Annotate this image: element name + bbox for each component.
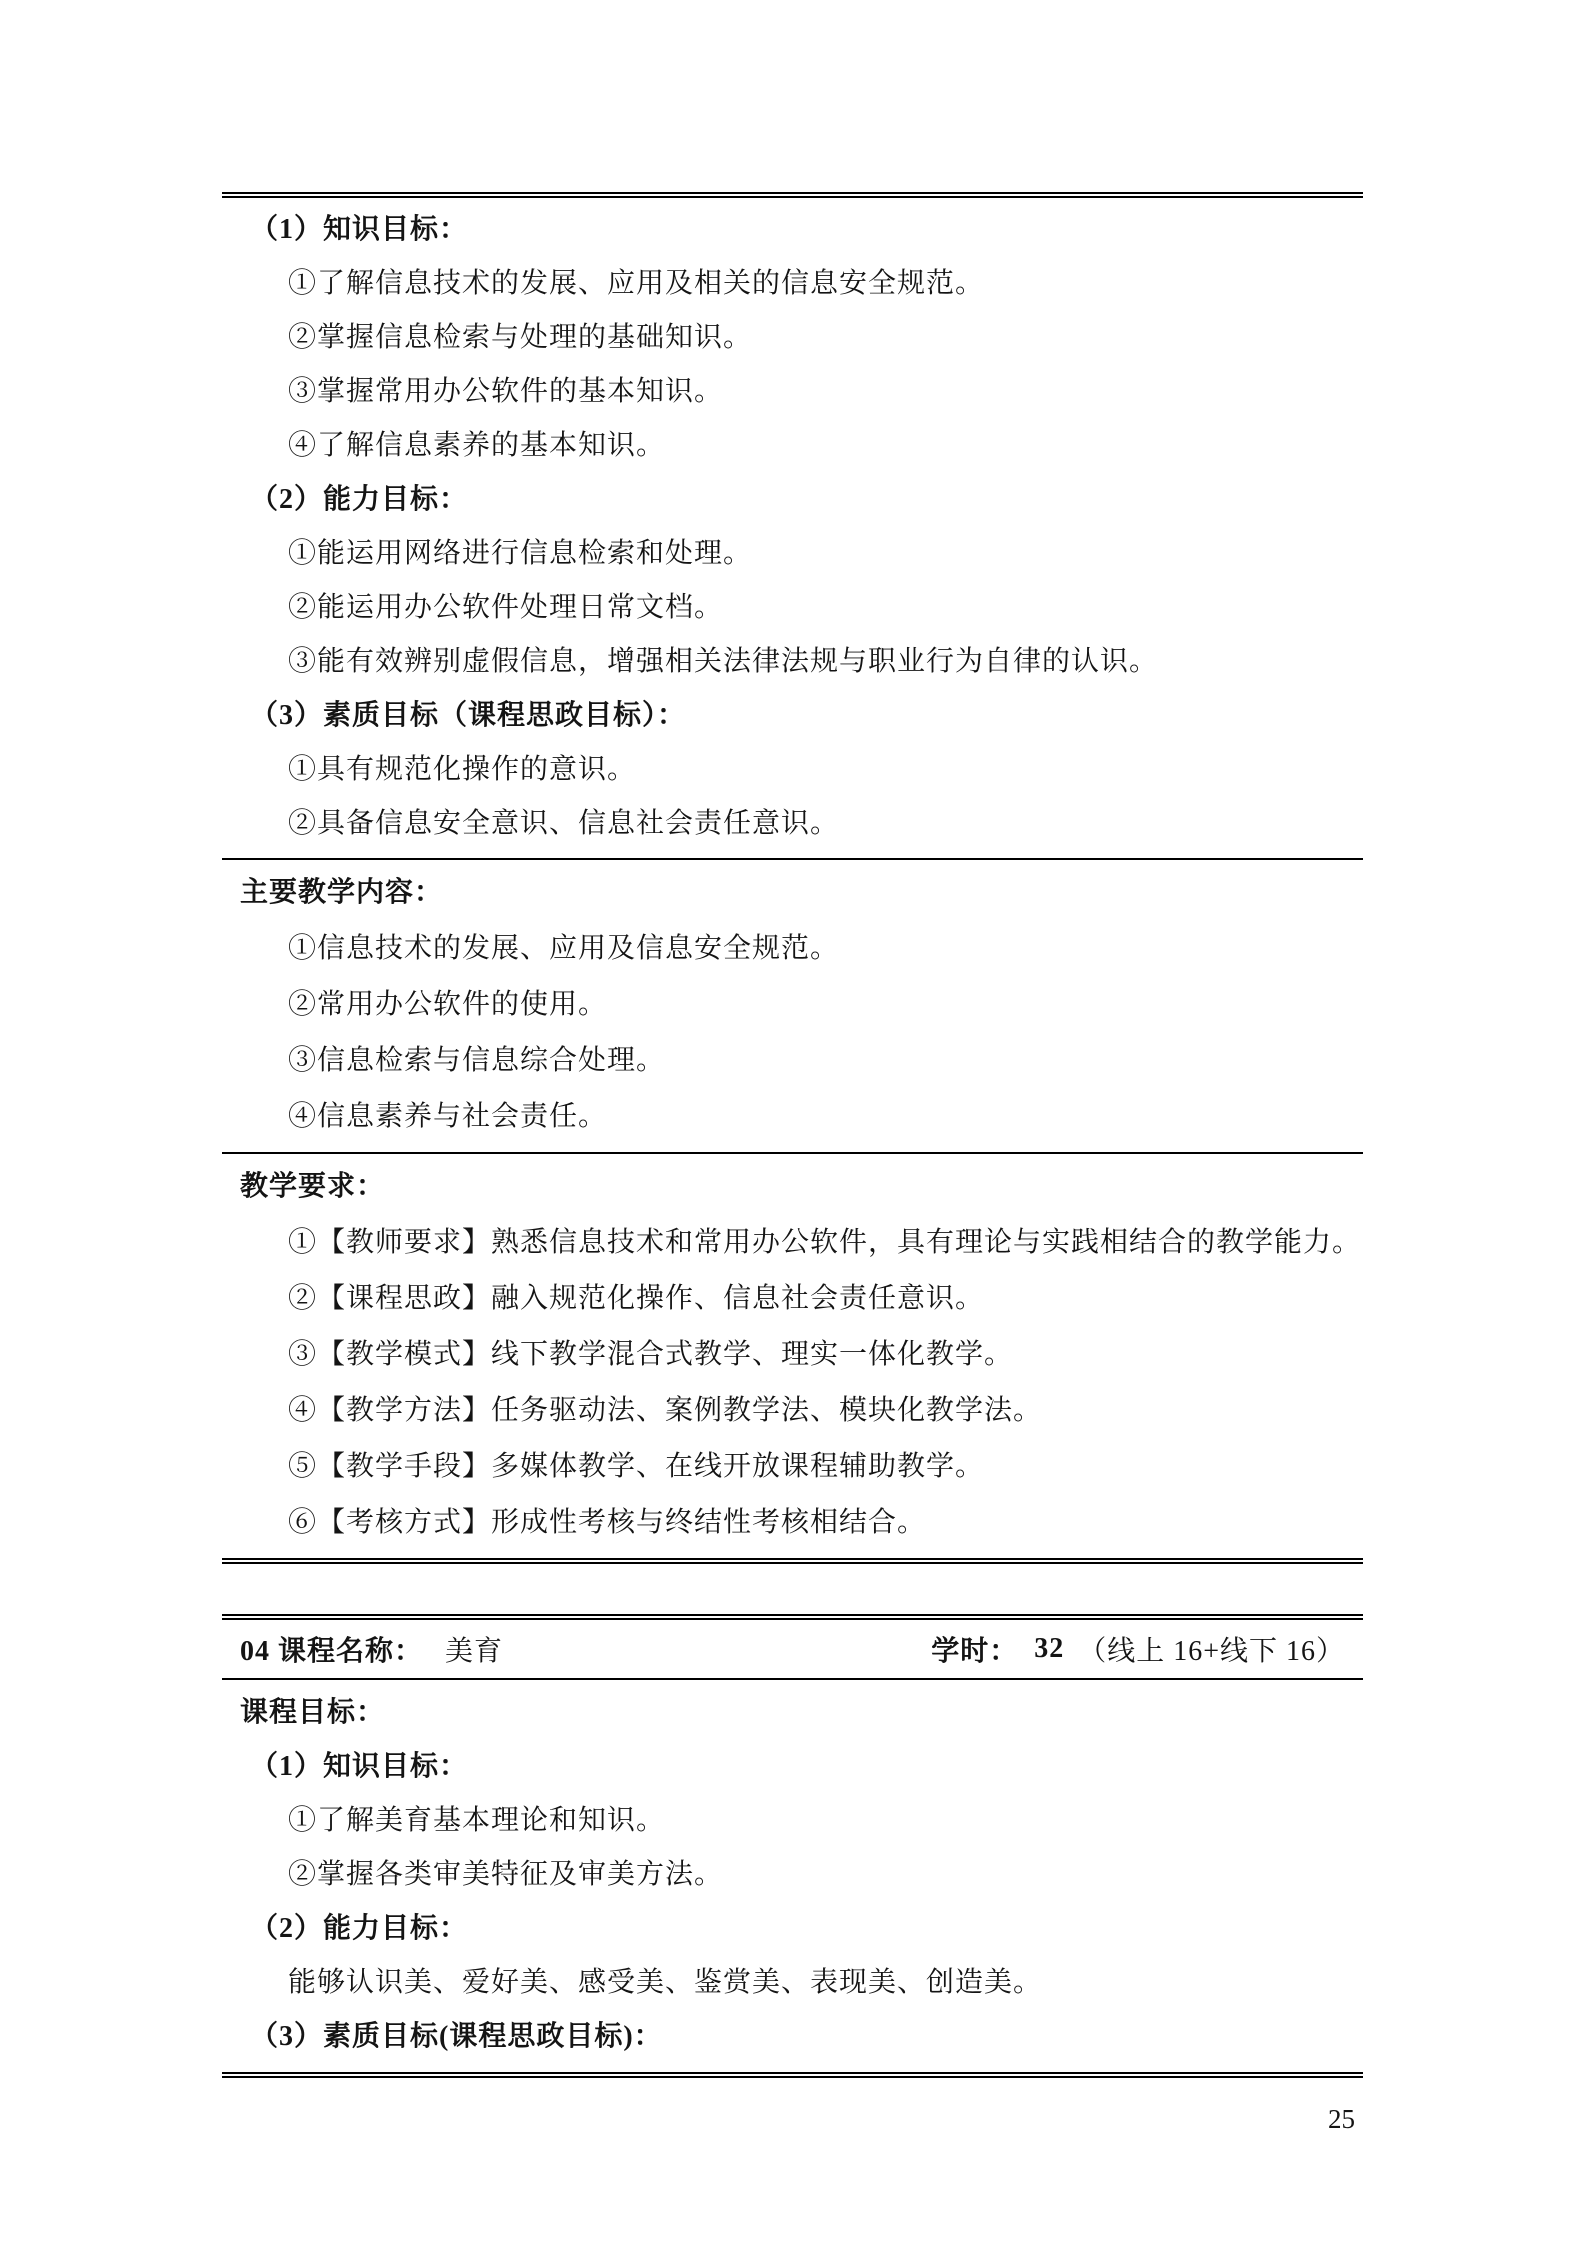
course-objectives-section: （1）知识目标： ①了解信息技术的发展、应用及相关的信息安全规范。 ②掌握信息检… [222, 198, 1363, 858]
page-content: （1）知识目标： ①了解信息技术的发展、应用及相关的信息安全规范。 ②掌握信息检… [222, 192, 1363, 2135]
requirement-item: ③【教学模式】线下教学混合式教学、理实一体化教学。 [222, 1327, 1363, 1383]
hours-breakdown: （线上 16+线下 16） [1078, 1629, 1345, 1669]
content-item: ①信息技术的发展、应用及信息安全规范。 [222, 921, 1363, 977]
teaching-content-section: 主要教学内容： ①信息技术的发展、应用及信息安全规范。 ②常用办公软件的使用。 … [222, 858, 1363, 1152]
hours-label: 学时： [931, 1629, 1018, 1669]
objective-item: 能够认识美、爱好美、感受美、鉴赏美、表现美、创造美。 [222, 1956, 1363, 2010]
objective-item: ②能运用办公软件处理日常文档。 [222, 581, 1363, 635]
course-hours-cell: 学时： 32 （线上 16+线下 16） [931, 1629, 1345, 1669]
objective-item: ④了解信息素养的基本知识。 [222, 419, 1363, 473]
course-objectives-heading: 课程目标： [222, 1686, 1363, 1740]
ability-objectives-heading: （2）能力目标： [222, 473, 1363, 527]
requirement-item: ①【教师要求】熟悉信息技术和常用办公软件，具有理论与实践相结合的教学能力。 [222, 1215, 1363, 1271]
hours-value: 32 [1034, 1633, 1064, 1665]
objective-item: ③掌握常用办公软件的基本知识。 [222, 365, 1363, 419]
quality-objectives-heading: （3）素质目标(课程思政目标)： [222, 2010, 1363, 2064]
table-gap [222, 1564, 1363, 1614]
objective-item: ①具有规范化操作的意识。 [222, 743, 1363, 797]
objective-item: ①了解美育基本理论和知识。 [222, 1794, 1363, 1848]
course-header-row: 04 课程名称： 美育 学时： 32 （线上 16+线下 16） [222, 1620, 1363, 1680]
course-04-table: 04 课程名称： 美育 学时： 32 （线上 16+线下 16） 课程目标： （… [222, 1614, 1363, 2078]
requirement-item: ②【课程思政】融入规范化操作、信息社会责任意识。 [222, 1271, 1363, 1327]
knowledge-objectives-heading: （1）知识目标： [222, 203, 1363, 257]
objective-item: ②掌握各类审美特征及审美方法。 [222, 1848, 1363, 1902]
objective-item: ①了解信息技术的发展、应用及相关的信息安全规范。 [222, 257, 1363, 311]
objective-item: ③能有效辨别虚假信息，增强相关法律法规与职业行为自律的认识。 [222, 635, 1363, 689]
objective-item: ②具备信息安全意识、信息社会责任意识。 [222, 797, 1363, 851]
content-item: ④信息素养与社会责任。 [222, 1089, 1363, 1145]
requirement-item: ⑤【教学手段】多媒体教学、在线开放课程辅助教学。 [222, 1439, 1363, 1495]
course-name-cell: 04 课程名称： 美育 [240, 1629, 503, 1669]
content-item: ②常用办公软件的使用。 [222, 977, 1363, 1033]
page-number: 25 [222, 2104, 1363, 2135]
course-03-table: （1）知识目标： ①了解信息技术的发展、应用及相关的信息安全规范。 ②掌握信息检… [222, 192, 1363, 1564]
content-item: ③信息检索与信息综合处理。 [222, 1033, 1363, 1089]
teaching-content-heading: 主要教学内容： [222, 865, 1363, 921]
teaching-requirements-section: 教学要求： ①【教师要求】熟悉信息技术和常用办公软件，具有理论与实践相结合的教学… [222, 1152, 1363, 1558]
course-name: 美育 [445, 1629, 503, 1669]
objective-item: ①能运用网络进行信息检索和处理。 [222, 527, 1363, 581]
ability-objectives-heading: （2）能力目标： [222, 1902, 1363, 1956]
document-page: （1）知识目标： ①了解信息技术的发展、应用及相关的信息安全规范。 ②掌握信息检… [0, 0, 1587, 2245]
quality-objectives-heading: （3）素质目标（课程思政目标）： [222, 689, 1363, 743]
requirement-item: ⑥【考核方式】形成性考核与终结性考核相结合。 [222, 1495, 1363, 1551]
course-objectives-section: 课程目标： （1）知识目标： ①了解美育基本理论和知识。 ②掌握各类审美特征及审… [222, 1680, 1363, 2072]
knowledge-objectives-heading: （1）知识目标： [222, 1740, 1363, 1794]
requirement-item: ④【教学方法】任务驱动法、案例教学法、模块化教学法。 [222, 1383, 1363, 1439]
teaching-requirements-heading: 教学要求： [222, 1159, 1363, 1215]
course-number-label: 04 课程名称： [240, 1629, 423, 1669]
objective-item: ②掌握信息检索与处理的基础知识。 [222, 311, 1363, 365]
